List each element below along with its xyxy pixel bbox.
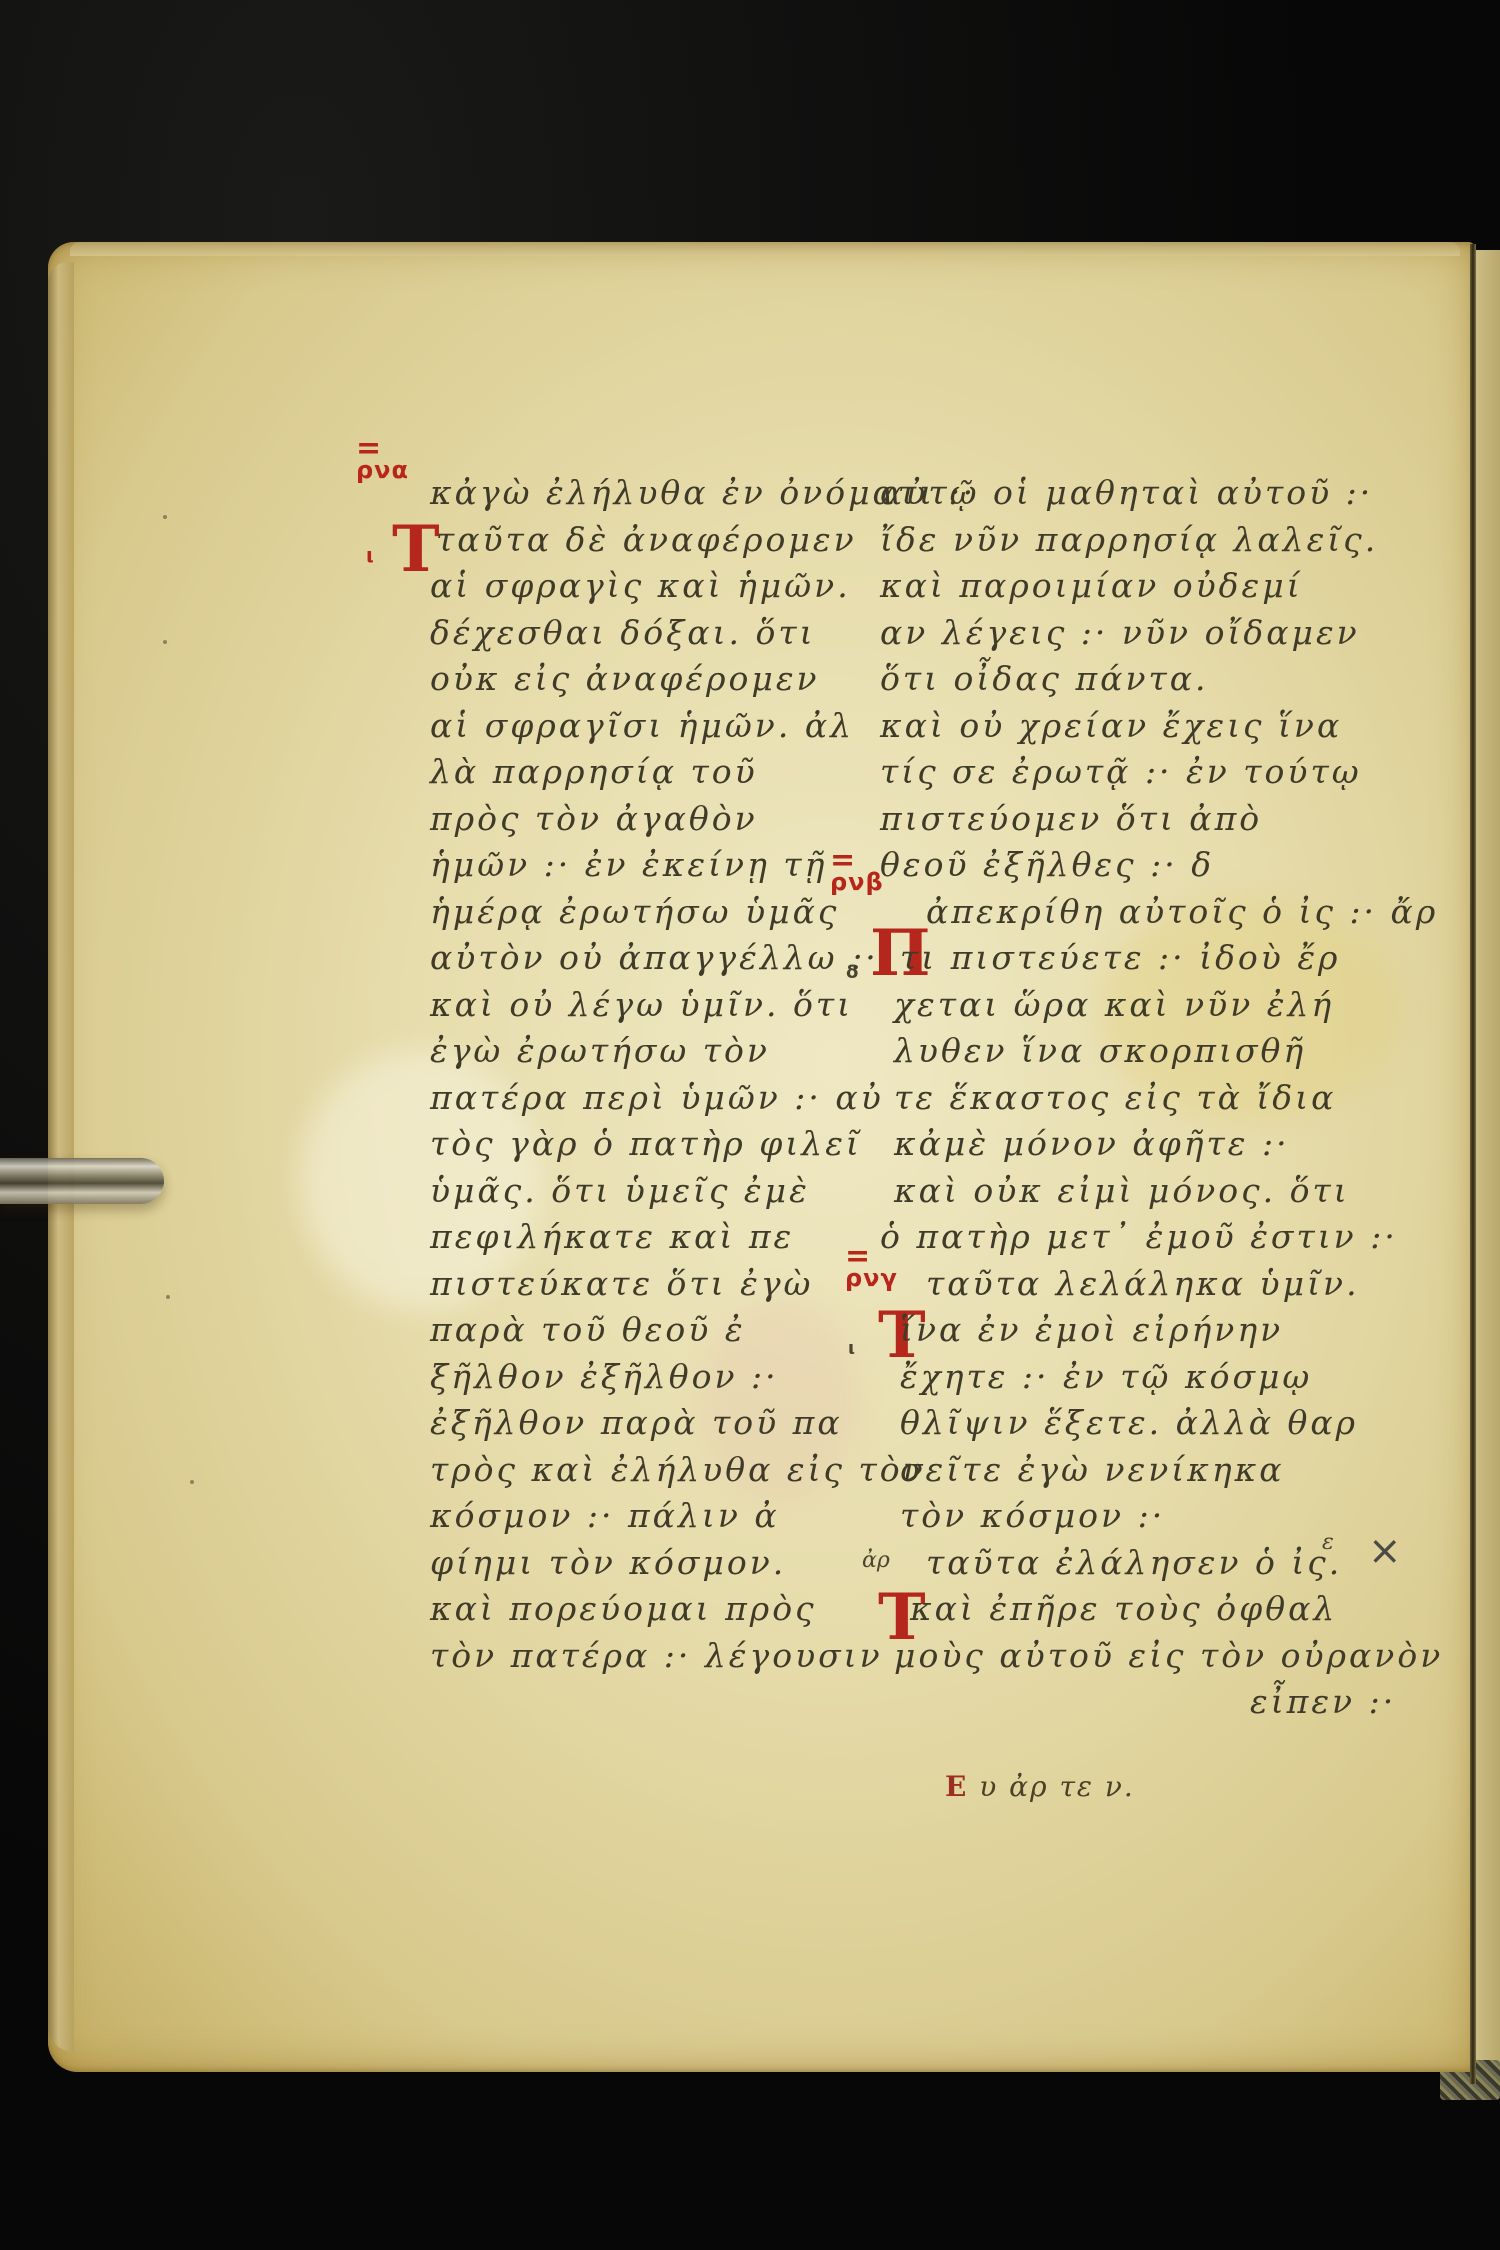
text-line: καὶ παροιμίαν οὐδεμί [880,563,1380,610]
text-line: αὐτὸν οὐ ἀπαγγέλλω :· [430,935,860,982]
text-line: ὑμᾶς. ὅτι ὑμεῖς ἐμὲ [430,1168,860,1215]
gutter-fold [1470,244,1476,2084]
text-line: φίημι τὸν κόσμον. [430,1540,860,1587]
text-line: ταῦτα δὲ ἀναφέρομεν [430,517,860,564]
prick-mark [163,515,167,519]
text-line: κόσμον :· πάλιν ἀ [430,1493,860,1540]
prick-mark [163,640,167,644]
text-line: ἐγὼ ἐρωτήσω τὸν [430,1028,860,1075]
page-top-edge [70,242,1460,256]
rubric-aside: ι [366,545,375,565]
text-line: καὶ οὐ λέγω ὑμῖν. ὅτι [430,982,860,1029]
text-line: ὅτι οἶδας πάντα. [880,656,1380,703]
text-line: ταῦτα ἐλάλησεν ὁ ἰς. [880,1540,1380,1587]
text-line: τὸν πατέρα :· λέγουσιν [430,1633,860,1680]
text-line: πιστεύομεν ὅτι ἀπὸ [880,796,1380,843]
text-line: τε ἕκαστος εἰς τὰ ἴδια [880,1075,1380,1122]
rubric-section-number: = ρνα [356,440,409,482]
text-line: πεφιλήκατε καὶ πε [430,1214,860,1261]
text-line: παρὰ τοῦ θεοῦ ἐ [430,1307,860,1354]
text-line: καὶ οὐκ εἰμὶ μόνος. ὅτι [880,1168,1380,1215]
text-line: κἀμὲ μόνον ἀφῆτε :· [880,1121,1380,1168]
text-line: καὶ ἐπῆρε τοὺς ὀφθαλ [880,1586,1380,1633]
text-line: αἱ σφραγὶς καὶ ἡμῶν. [430,563,860,610]
text-line: τὸν κόσμον :· [880,1493,1380,1540]
facing-leaf-edge [1476,250,1500,2070]
text-line: μοὺς αὐτοῦ εἰς τὸν οὐρανὸν [880,1633,1380,1680]
text-line: λυθεν ἵνα σκορπισθῆ [880,1028,1380,1075]
text-line: αἱ σφραγῖσι ἡμῶν. ἀλ [430,703,860,750]
text-line: ἀπεκρίθη αὐτοῖς ὁ ἰς :· ἄρ [880,889,1380,936]
text-line: τὸς γὰρ ὁ πατὴρ φιλεῖ [430,1121,860,1168]
text-line: ξῆλθον ἐξῆλθον :· [430,1354,860,1401]
text-line: κἀγὼ ἐλήλυθα ἐν ὀνόματι :· [430,470,860,517]
text-line: ἴδε νῦν παρρησίᾳ λαλεῖς. [880,517,1380,564]
right-text-column: αὐτῷ οἱ μαθηταὶ αὐτοῦ :· ἴδε νῦν παρρησί… [880,470,1380,1726]
prick-mark [166,1295,170,1299]
text-line: ἐξῆλθον παρὰ τοῦ πα [430,1400,860,1447]
footer-text: υ ἀρ τε ν. [979,1770,1135,1803]
prick-mark [190,1480,194,1484]
footer-annotation: Ε υ ἀρ τε ν. [945,1770,1135,1803]
text-line: ἵνα ἐν ἐμοὶ εἰρήνην [880,1307,1380,1354]
text-line: ἡμέρᾳ ἐρωτήσω ὑμᾶς [430,889,860,936]
text-line: καὶ οὐ χρείαν ἔχεις ἵνα [880,703,1380,750]
text-line: αὐτῷ οἱ μαθηταὶ αὐτοῦ :· [880,470,1380,517]
text-line: πατέρα περὶ ὑμῶν :· αὐ [430,1075,860,1122]
text-line: καὶ πορεύομαι πρὸς [430,1586,860,1633]
text-line: δέχεσθαι δόξαι. ὅτι [430,610,860,657]
text-line: τι πιστεύετε :· ἰδοὺ ἔρ [880,935,1380,982]
text-line: πιστεύκατε ὅτι ἐγὼ [430,1261,860,1308]
text-line: τίς σε ἐρωτᾷ :· ἐν τούτῳ [880,749,1380,796]
text-line: ταῦτα λελάληκα ὑμῖν. [880,1261,1380,1308]
text-line: εἶπεν :· [880,1679,1380,1726]
left-text-column: κἀγὼ ἐλήλυθα ἐν ὀνόματι :· ταῦτα δὲ ἀναφ… [430,470,860,1679]
text-line: οὐκ εἰς ἀναφέρομεν [430,656,860,703]
text-line: ἡμῶν :· ἐν ἐκείνῃ τῇ [430,842,860,889]
section-number: ρνα [356,456,409,484]
text-line: ὁ πατὴρ μετ᾽ ἐμοῦ ἐστιν :· [880,1214,1380,1261]
page-left-edge [48,262,74,2052]
text-line: ἔχητε :· ἐν τῷ κόσμῳ [880,1354,1380,1401]
text-line: λὰ παρρησίᾳ τοῦ [430,749,860,796]
text-line: σεῖτε ἐγὼ νενίκηκα [880,1447,1380,1494]
footer-red-initial: Ε [945,1770,968,1803]
text-line: θεοῦ ἐξῆλθες :· δ [880,842,1380,889]
text-line: χεται ὥρα καὶ νῦν ἐλή [880,982,1380,1029]
text-line: τρὸς καὶ ἐλήλυθα εἰς τὸν [430,1447,860,1494]
text-line: θλῖψιν ἕξετε. ἀλλὰ θαρ [880,1400,1380,1447]
text-line: πρὸς τὸν ἀγαθὸν [430,796,860,843]
text-line: αν λέγεις :· νῦν οἴδαμεν [880,610,1380,657]
page-holder-clip [0,1158,164,1204]
